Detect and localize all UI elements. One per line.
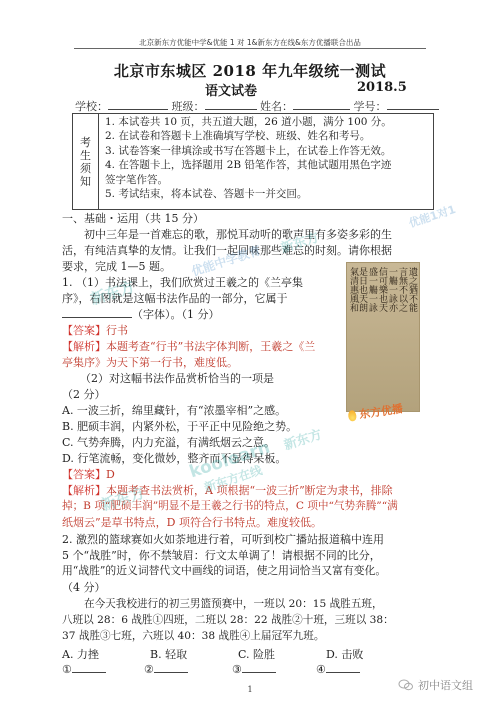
blank-marker: ④ — [316, 663, 326, 676]
q2-passage-line: 在今天我校进行的初三男篮预赛中，一班以 20：15 战胜五班， — [84, 596, 383, 611]
calligraphy-column: 氣清惠風和 — [348, 267, 358, 312]
q1-answer: 【答案】行书 — [62, 322, 128, 338]
flame-icon — [348, 409, 357, 421]
answer-tag: 【答案】 — [62, 468, 106, 481]
blank-marker: ② — [144, 663, 154, 676]
q2-option-d: D. 击败 — [326, 646, 363, 662]
subject-label: 语文试卷 — [205, 80, 257, 99]
notice-item: 4. 在答题卡上，选择题用 2B 铅笔作答，其他试题用黑色字迹 — [105, 158, 429, 172]
side-char: 知 — [80, 175, 91, 188]
q2-blank-2[interactable]: ② — [144, 662, 188, 676]
q1-answer2: 【答案】D — [62, 466, 115, 482]
intro-line: 要求，完成 1—5 题。 — [62, 258, 171, 274]
q1-part2-score: （2 分） — [62, 386, 106, 402]
class-label: 班级： — [172, 98, 205, 114]
notice-item: 5. 考试结束，将本试卷、答题卡一并交回。 — [105, 187, 429, 201]
q2-option-b: B. 轻取 — [150, 646, 187, 662]
notice-item: 签字笔作答。 — [105, 173, 429, 187]
class-field[interactable] — [205, 99, 257, 110]
option-b: B. 肥硕丰润，内紧外松，于平正中见险绝之势。 — [62, 418, 297, 434]
q2-passage-line: 八班以 28：6 战胜①四班，二班以 28：22 战胜②十班，三班以 38： — [62, 612, 394, 627]
exam-notice-box: 考 生 须 知 1. 本试卷共 10 页，共五道大题，26 道小题，满分 100… — [72, 113, 434, 210]
calligraphy-column: 盛一觴一詠 — [367, 267, 377, 312]
calligraphy-image: 遺之猶不能 言無不以之 一觴一詠亦 信可樂也天 盛一觴一詠 是日也天朗 氣清惠風… — [346, 262, 420, 412]
answer-value: D — [106, 468, 115, 481]
name-label: 姓名： — [260, 98, 293, 114]
publisher-banner: 北京新东方优能中学&优能 1 对 1&新东方在线&东方优播联合出品 — [0, 37, 500, 48]
calligraphy-column: 是日也天朗 — [357, 267, 367, 312]
student-id-field[interactable] — [387, 99, 439, 110]
q1-analysis: 【解析】本题考查“行书”书法字体判断，王羲之《兰 — [62, 338, 315, 354]
exam-title: 北京市东城区 2018 年九年级统一测试 — [0, 60, 500, 81]
q2-blank-1[interactable]: ① — [62, 662, 106, 676]
q1-part2-stem: （2）对这幅书法作品赏析恰当的一项是 — [80, 370, 274, 386]
calligraphy-column: 信可樂也天 — [377, 267, 387, 312]
calligraphy-column: 言無不以之 — [397, 267, 407, 312]
side-char: 考 — [80, 136, 91, 149]
side-char: 须 — [80, 162, 91, 175]
notice-side-label: 考 生 须 知 — [73, 114, 99, 209]
q2-score: （4 分） — [62, 579, 106, 595]
q1-answer-blank-row: （字体）。（1 分） — [62, 306, 220, 322]
notice-item: 1. 本试卷共 10 页，共五道大题，26 道小题，满分 100 分。 — [105, 115, 429, 129]
exam-date: 2018.5 — [357, 80, 407, 95]
q1-answer-blank[interactable] — [62, 307, 132, 318]
student-id-label: 学号： — [354, 98, 387, 114]
q2-stem-line: 2. 激烈的篮球赛如火如荼地进行着，可听到校广播站报道稿中连用 — [62, 531, 384, 547]
answer-value: 行书 — [106, 324, 128, 337]
name-field[interactable] — [293, 99, 350, 110]
calligraphy-column: 一觴一詠亦 — [387, 267, 397, 312]
answer-tag: 【答案】 — [62, 324, 106, 337]
blank-marker: ③ — [232, 663, 242, 676]
q2-blank-4[interactable]: ④ — [316, 662, 360, 676]
notice-items: 1. 本试卷共 10 页，共五道大题，26 道小题，满分 100 分。 2. 在… — [105, 115, 429, 201]
blank-marker: ① — [62, 663, 72, 676]
side-char: 生 — [80, 149, 91, 162]
analysis-line: 亭集序》为天下第一行书，难度低。 — [62, 354, 238, 370]
school-field[interactable] — [108, 99, 168, 110]
analysis-tag: 【解析】 — [62, 340, 106, 353]
wechat-icon — [398, 679, 414, 691]
option-a: A. 一波三折，绵里藏针，有“浓墨宰相”之感。 — [62, 402, 286, 418]
q2-passage-line: 37 战胜③七班，六班以 40：38 战胜④上届冠军九班。 — [62, 628, 324, 643]
notice-item: 2. 在试卷和答题卡上准确填写学校、班级、姓名和考号。 — [105, 129, 429, 143]
q2-blank-3[interactable]: ③ — [232, 662, 276, 676]
q2-option-a: A. 力挫 — [62, 646, 99, 662]
q2-option-c: C. 险胜 — [238, 646, 275, 662]
account-name: 初中语文组 — [418, 677, 473, 693]
calligraphy-column: 遺之猶不能 — [407, 267, 417, 312]
analysis-line: 本题考查“行书”书法字体判断，王羲之《兰 — [106, 340, 315, 353]
school-label: 学校： — [75, 98, 108, 114]
q2-stem-line: 5 个“战胜”时，你不禁皱眉：行文太单调了！请根据不同的比分， — [62, 547, 381, 563]
header-divider — [74, 48, 426, 49]
intro-line: 初中三年是一首难忘的歌，那悦耳动听的歌声里有多姿多彩的生 — [84, 226, 392, 242]
section-heading: 一、基础・运用（共 15 分） — [62, 210, 204, 226]
analysis-line: 纸烟云”是草书特点，D 项符合行书特点。难度较低。 — [62, 514, 322, 530]
student-info-row: 学校： 班级： 姓名： 学号： — [75, 98, 439, 114]
wechat-account-footer: 初中语文组 — [398, 677, 473, 693]
analysis-line: 本题考查书法赏析，A 项根据“一波三折”断定为隶书，排除 — [106, 484, 393, 497]
notice-item: 3. 试卷答案一律填涂或书写在答题卡上，在试卷上作答无效。 — [105, 144, 429, 158]
q2-stem-line: 用“战胜”的近义词替代文中画线的词语，使之用词恰当又富有变化。 — [62, 563, 386, 578]
q1-part1-line: （字体）。（1 分） — [132, 308, 220, 321]
